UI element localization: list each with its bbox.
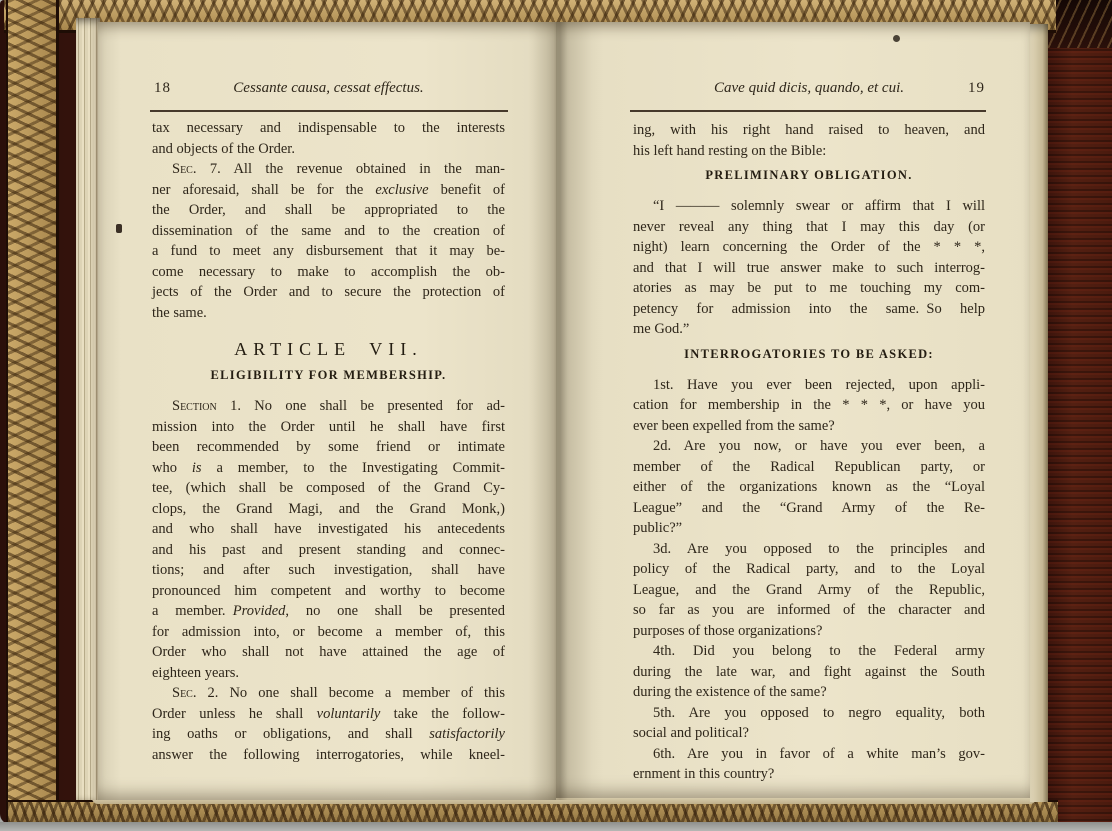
text-line: pronounced him competent and worthy to b… — [152, 581, 505, 602]
text-line: eighteen years. — [152, 663, 505, 684]
text-line: 6th. Are you in favor of a white man’s g… — [633, 744, 985, 765]
text-line: social and political? — [633, 723, 985, 744]
text-line: clops, the Grand Magi, and the Grand Mon… — [152, 499, 505, 520]
text-line: his left hand resting on the Bible: — [633, 141, 985, 162]
text-line: ernment in this country? — [633, 764, 985, 785]
text-line: atories as may be put to me touching my … — [633, 278, 985, 299]
text-line: the same. — [152, 303, 505, 324]
section-heading: ELIGIBILITY FOR MEMBERSHIP. — [152, 367, 505, 384]
running-title-right: Cave quid dicis, quando, et cui. — [633, 80, 985, 97]
page-edges-right — [1030, 24, 1048, 802]
text-line: and his past and present standing and co… — [152, 540, 505, 561]
page-text-left: tax necessary and indispensable to the i… — [152, 118, 505, 765]
page-header-left: 18 Cessante causa, cessat effectus. — [152, 80, 505, 102]
text-line: ever been expelled from the same? — [633, 416, 985, 437]
obligation-heading: PRELIMINARY OBLIGATION. — [633, 167, 985, 184]
text-line: during the late war, and fight against t… — [633, 662, 985, 683]
text-line: me God.” — [633, 319, 985, 340]
text-line: a member. Provided, no one shall be pres… — [152, 601, 505, 622]
text-line: 2d. Are you now, or have you ever been, … — [633, 436, 985, 457]
page-edges-left — [76, 18, 100, 800]
ink-speck — [116, 224, 122, 233]
gilt-border-left — [6, 0, 59, 822]
text-line: petency for admission into the same. So … — [633, 299, 985, 320]
text-line: and that I will true answer make to such… — [633, 258, 985, 279]
text-line: Order who shall not have attained the ag… — [152, 642, 505, 663]
text-line: policy of the Radical party, and to the … — [633, 559, 985, 580]
header-rule-right — [630, 110, 986, 112]
text-line: come necessary to make to accomplish the… — [152, 262, 505, 283]
text-line: ner aforesaid, shall be for the exclusiv… — [152, 180, 505, 201]
text-line: purposes of those organizations? — [633, 621, 985, 642]
text-line: League” and the “Grand Army of the Re- — [633, 498, 985, 519]
text-line: League, and the Grand Army of the Republ… — [633, 580, 985, 601]
page-18: 18 Cessante causa, cessat effectus. tax … — [98, 22, 556, 800]
text-line: and who shall have investigated his ante… — [152, 519, 505, 540]
page-19: Cave quid dicis, quando, et cui. 19 ing,… — [556, 22, 1030, 798]
text-line: Sec. 7. All the revenue obtained in the … — [152, 159, 505, 180]
book-cover-right — [1046, 0, 1112, 824]
text-line: tions; and after such investigation, sha… — [152, 560, 505, 581]
text-line: ing, with his right hand raised to heave… — [633, 120, 985, 141]
text-line: a fund to meet any disbursement that it … — [152, 241, 505, 262]
page-number-left: 18 — [154, 80, 171, 97]
table-surface — [0, 822, 1112, 831]
interrogatories-heading: INTERROGATORIES TO BE ASKED: — [633, 346, 985, 363]
text-line: never reveal any thing that I may this d… — [633, 217, 985, 238]
text-line: tax necessary and indispensable to the i… — [152, 118, 505, 139]
text-line: Order unless he shall voluntarily take t… — [152, 704, 505, 725]
text-line: “I ——— solemnly swear or affirm that I w… — [633, 196, 985, 217]
text-line: ing oaths or obligations, and shall sati… — [152, 724, 505, 745]
open-book-photo: 18 Cessante causa, cessat effectus. tax … — [0, 0, 1112, 831]
text-line: tee, (which shall be composed of the Gra… — [152, 478, 505, 499]
text-line: 4th. Did you belong to the Federal army — [633, 641, 985, 662]
text-line: the Order, and shall be appropriated to … — [152, 200, 505, 221]
text-line: member of the Radical Republican party, … — [633, 457, 985, 478]
page-number-right: 19 — [968, 80, 985, 97]
text-line: jects of the Order and to secure the pro… — [152, 282, 505, 303]
article-heading: ARTICLE VII. — [152, 337, 505, 361]
text-line: night) learn concerning the Order of the… — [633, 237, 985, 258]
text-line: public?” — [633, 518, 985, 539]
ink-speck — [893, 35, 900, 42]
page-text-right: ing, with his right hand raised to heave… — [633, 120, 985, 785]
text-line: either of the organizations known as the… — [633, 477, 985, 498]
text-line: 3d. Are you opposed to the principles an… — [633, 539, 985, 560]
text-line: answer the following interrogatories, wh… — [152, 745, 505, 766]
text-line: dissemination of the same and to the cre… — [152, 221, 505, 242]
header-rule-left — [150, 110, 508, 112]
text-line: 1st. Have you ever been rejected, upon a… — [633, 375, 985, 396]
page-header-right: Cave quid dicis, quando, et cui. 19 — [633, 80, 985, 102]
text-line: during the existence of the same? — [633, 682, 985, 703]
text-line: cation for membership in the * * *, or h… — [633, 395, 985, 416]
text-line: who is a member, to the Investigating Co… — [152, 458, 505, 479]
text-line: Section 1. No one shall be presented for… — [152, 396, 505, 417]
text-line: for admission into, or become a member o… — [152, 622, 505, 643]
text-line: and objects of the Order. — [152, 139, 505, 160]
running-title-left: Cessante causa, cessat effectus. — [152, 80, 505, 97]
text-line: mission into the Order until he shall ha… — [152, 417, 505, 438]
text-line: Sec. 2. No one shall become a member of … — [152, 683, 505, 704]
text-line: so far as you are informed of the charac… — [633, 600, 985, 621]
text-line: 5th. Are you opposed to negro equality, … — [633, 703, 985, 724]
text-line: been recommended by some friend or intim… — [152, 437, 505, 458]
